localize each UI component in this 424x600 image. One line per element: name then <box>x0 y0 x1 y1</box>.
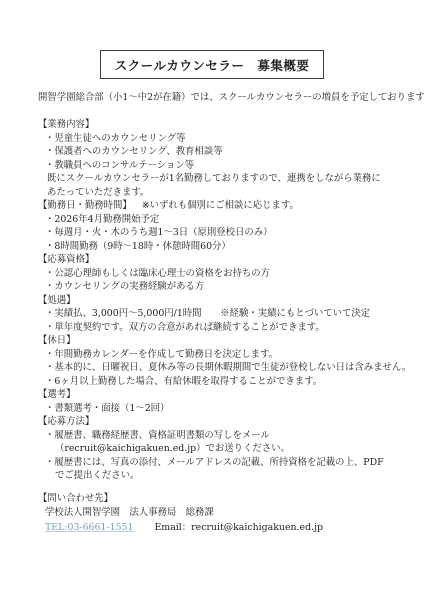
section-heading: 【処遇】 <box>38 295 76 306</box>
bullet-item: ・毎週月・火・木のうち週1～3日（原則登校日のみ） <box>38 226 390 240</box>
bullet-item: ・書類選考・面接（1～2回） <box>38 402 390 416</box>
section-contact: 【問い合わせ先】 学校法人開智学園 法人事務局 総務課 TEL:03-6661-… <box>38 492 390 536</box>
bullet-item: ・単年度契約です。双方の合意があれば継続することができます。 <box>38 321 390 335</box>
section-heading: 【応募資格】 <box>38 254 94 265</box>
bullet-item: ・履歴書、職務経歴書、資格証明書類の写しをメール（recruit@kaichig… <box>38 429 390 456</box>
bullet-item: ・実績払、3,000円～5,000円/1時間 ※経験・実績にもとづいていて決定 <box>38 307 390 321</box>
bullet-item: ・児童生徒へのカウンセリング等 <box>38 132 390 146</box>
bullet-item: ・2026年4月勤務開始予定 <box>38 213 390 227</box>
bullet-item: ・履歴書には、写真の添付、メールアドレスの記載、所持資格を記載の上、PDFでご提… <box>38 456 390 483</box>
section-schedule: 【勤務日・勤務時間】※いずれも個別にご相談に応じます。 ・2026年4月勤務開始… <box>38 199 390 253</box>
contact-organization: 学校法人開智学園 法人事務局 総務課 <box>38 506 390 521</box>
section-heading: 【応募方法】 <box>38 416 94 427</box>
email-text: Email：recruit@kaichigakuen.ed.jp <box>154 522 323 533</box>
section-compensation: 【処遇】 ・実績払、3,000円～5,000円/1時間 ※経験・実績にもとづいて… <box>38 294 390 335</box>
section-application: 【応募方法】 ・履歴書、職務経歴書、資格証明書類の写しをメール（recruit@… <box>38 415 390 483</box>
bullet-item: ・6ヶ月以上勤務した場合、有給休暇を取得することができます。 <box>38 375 390 389</box>
bullet-item: ・カウンセリングの実務経験がある方 <box>38 280 390 294</box>
page-title: スクールカウンセラー 募集概要 <box>115 58 310 73</box>
section-paragraph: 既にスクールカウンセラーが1名勤務しておりますので、連携をしながら業務にあたって… <box>38 172 390 199</box>
section-heading: 【業務内容】 <box>38 119 94 130</box>
bullet-item: ・保護者へのカウンセリング、教育相談等 <box>38 145 390 159</box>
section-duties: 【業務内容】 ・児童生徒へのカウンセリング等 ・保護者へのカウンセリング、教育相… <box>38 118 390 199</box>
document-page: スクールカウンセラー 募集概要 開智学園総合部（小1～中2が在籍）では、スクール… <box>0 0 424 600</box>
section-holidays: 【休日】 ・年間勤務カレンダーを作成して勤務日を決定します。 ・基本的に、日曜祝… <box>38 334 390 388</box>
title-row: スクールカウンセラー 募集概要 <box>38 50 386 79</box>
section-note: ※いずれも個別にご相談に応じます。 <box>142 200 299 211</box>
contact-heading: 【問い合わせ先】 <box>38 493 113 504</box>
section-heading: 【勤務日・勤務時間】 <box>38 200 132 211</box>
title-box: スクールカウンセラー 募集概要 <box>100 50 325 79</box>
bullet-item: ・教職員へのコンサルテーション等 <box>38 159 390 173</box>
bullet-item: ・基本的に、日曜祝日、夏休み等の長期休暇期間で生徒が登校しない日は含みません。 <box>38 361 390 375</box>
tel-link[interactable]: TEL:03-6661-1551 <box>45 522 133 533</box>
section-selection: 【選考】 ・書類選考・面接（1～2回） <box>38 388 390 415</box>
bullet-item: ・年間勤務カレンダーを作成して勤務日を決定します。 <box>38 348 390 362</box>
sections: 【業務内容】 ・児童生徒へのカウンセリング等 ・保護者へのカウンセリング、教育相… <box>38 118 390 483</box>
bullet-item: ・公認心理師もしくは臨床心理士の資格をお持ちの方 <box>38 267 390 281</box>
intro-paragraph: 開智学園総合部（小1～中2が在籍）では、スクールカウンセラーの増員を予定しており… <box>38 91 390 105</box>
section-heading: 【選考】 <box>38 389 76 400</box>
section-heading: 【休日】 <box>38 335 76 346</box>
section-qualifications: 【応募資格】 ・公認心理師もしくは臨床心理士の資格をお持ちの方 ・カウンセリング… <box>38 253 390 294</box>
bullet-item: ・8時間勤務（9時～18時・休憩時間60分） <box>38 240 390 254</box>
